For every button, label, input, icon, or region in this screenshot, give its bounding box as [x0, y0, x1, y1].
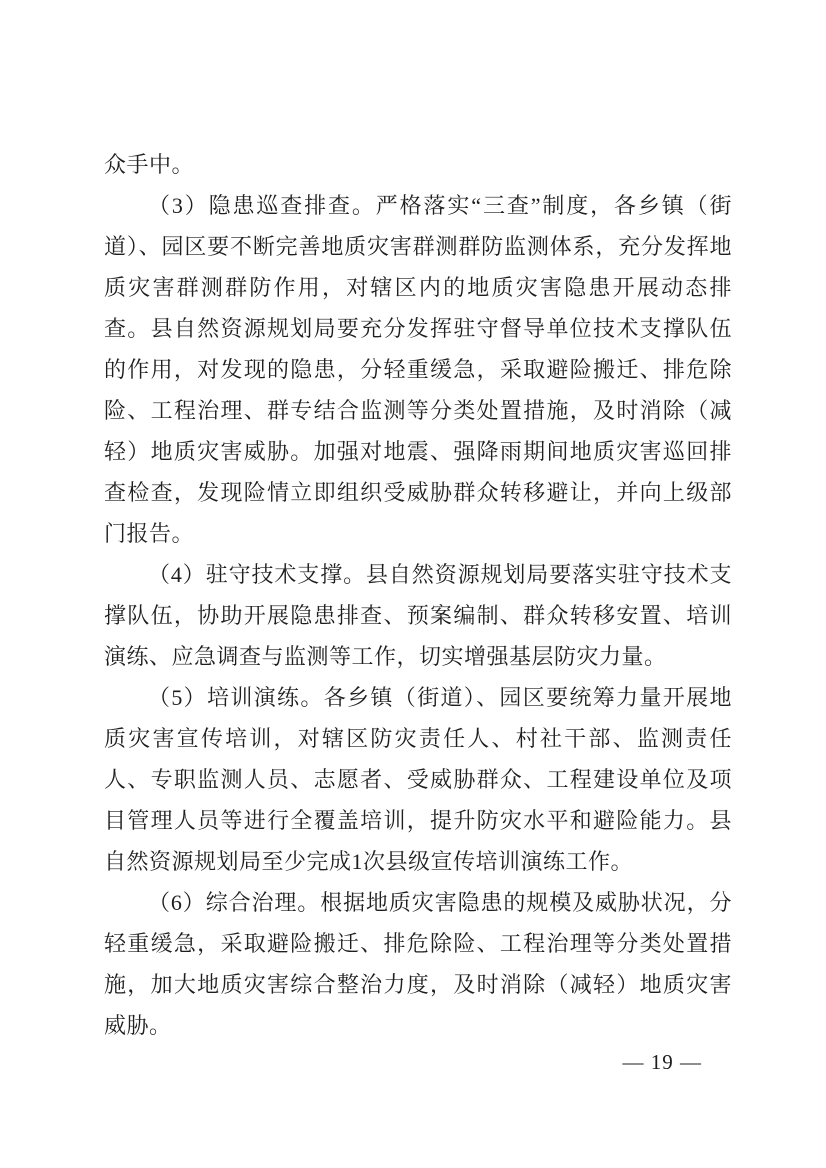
paragraph-continuation: 众手中。 [104, 144, 732, 185]
page-number: — 19 — [623, 1048, 703, 1076]
document-page: 众手中。 （3）隐患巡查排查。严格落实“三查”制度，各乡镇（街道）、园区要不断完… [0, 0, 826, 1168]
paragraph-item-4-stationed-technical-support: （4）驻守技术支撑。县自然资源规划局要落实驻守技术支撑队伍，协助开展隐患排查、预… [104, 554, 732, 677]
paragraph-item-3-hidden-danger-inspection: （3）隐患巡查排查。严格落实“三查”制度，各乡镇（街道）、园区要不断完善地质灾害… [104, 185, 732, 554]
paragraph-item-6-comprehensive-treatment: （6）综合治理。根据地质灾害隐患的规模及威胁状况，分轻重缓急，采取避险搬迁、排危… [104, 882, 732, 1046]
paragraph-item-5-training-drills: （5）培训演练。各乡镇（街道）、园区要统筹力量开展地质灾害宣传培训，对辖区防灾责… [104, 677, 732, 882]
document-text-body: 众手中。 （3）隐患巡查排查。严格落实“三查”制度，各乡镇（街道）、园区要不断完… [104, 144, 732, 1046]
